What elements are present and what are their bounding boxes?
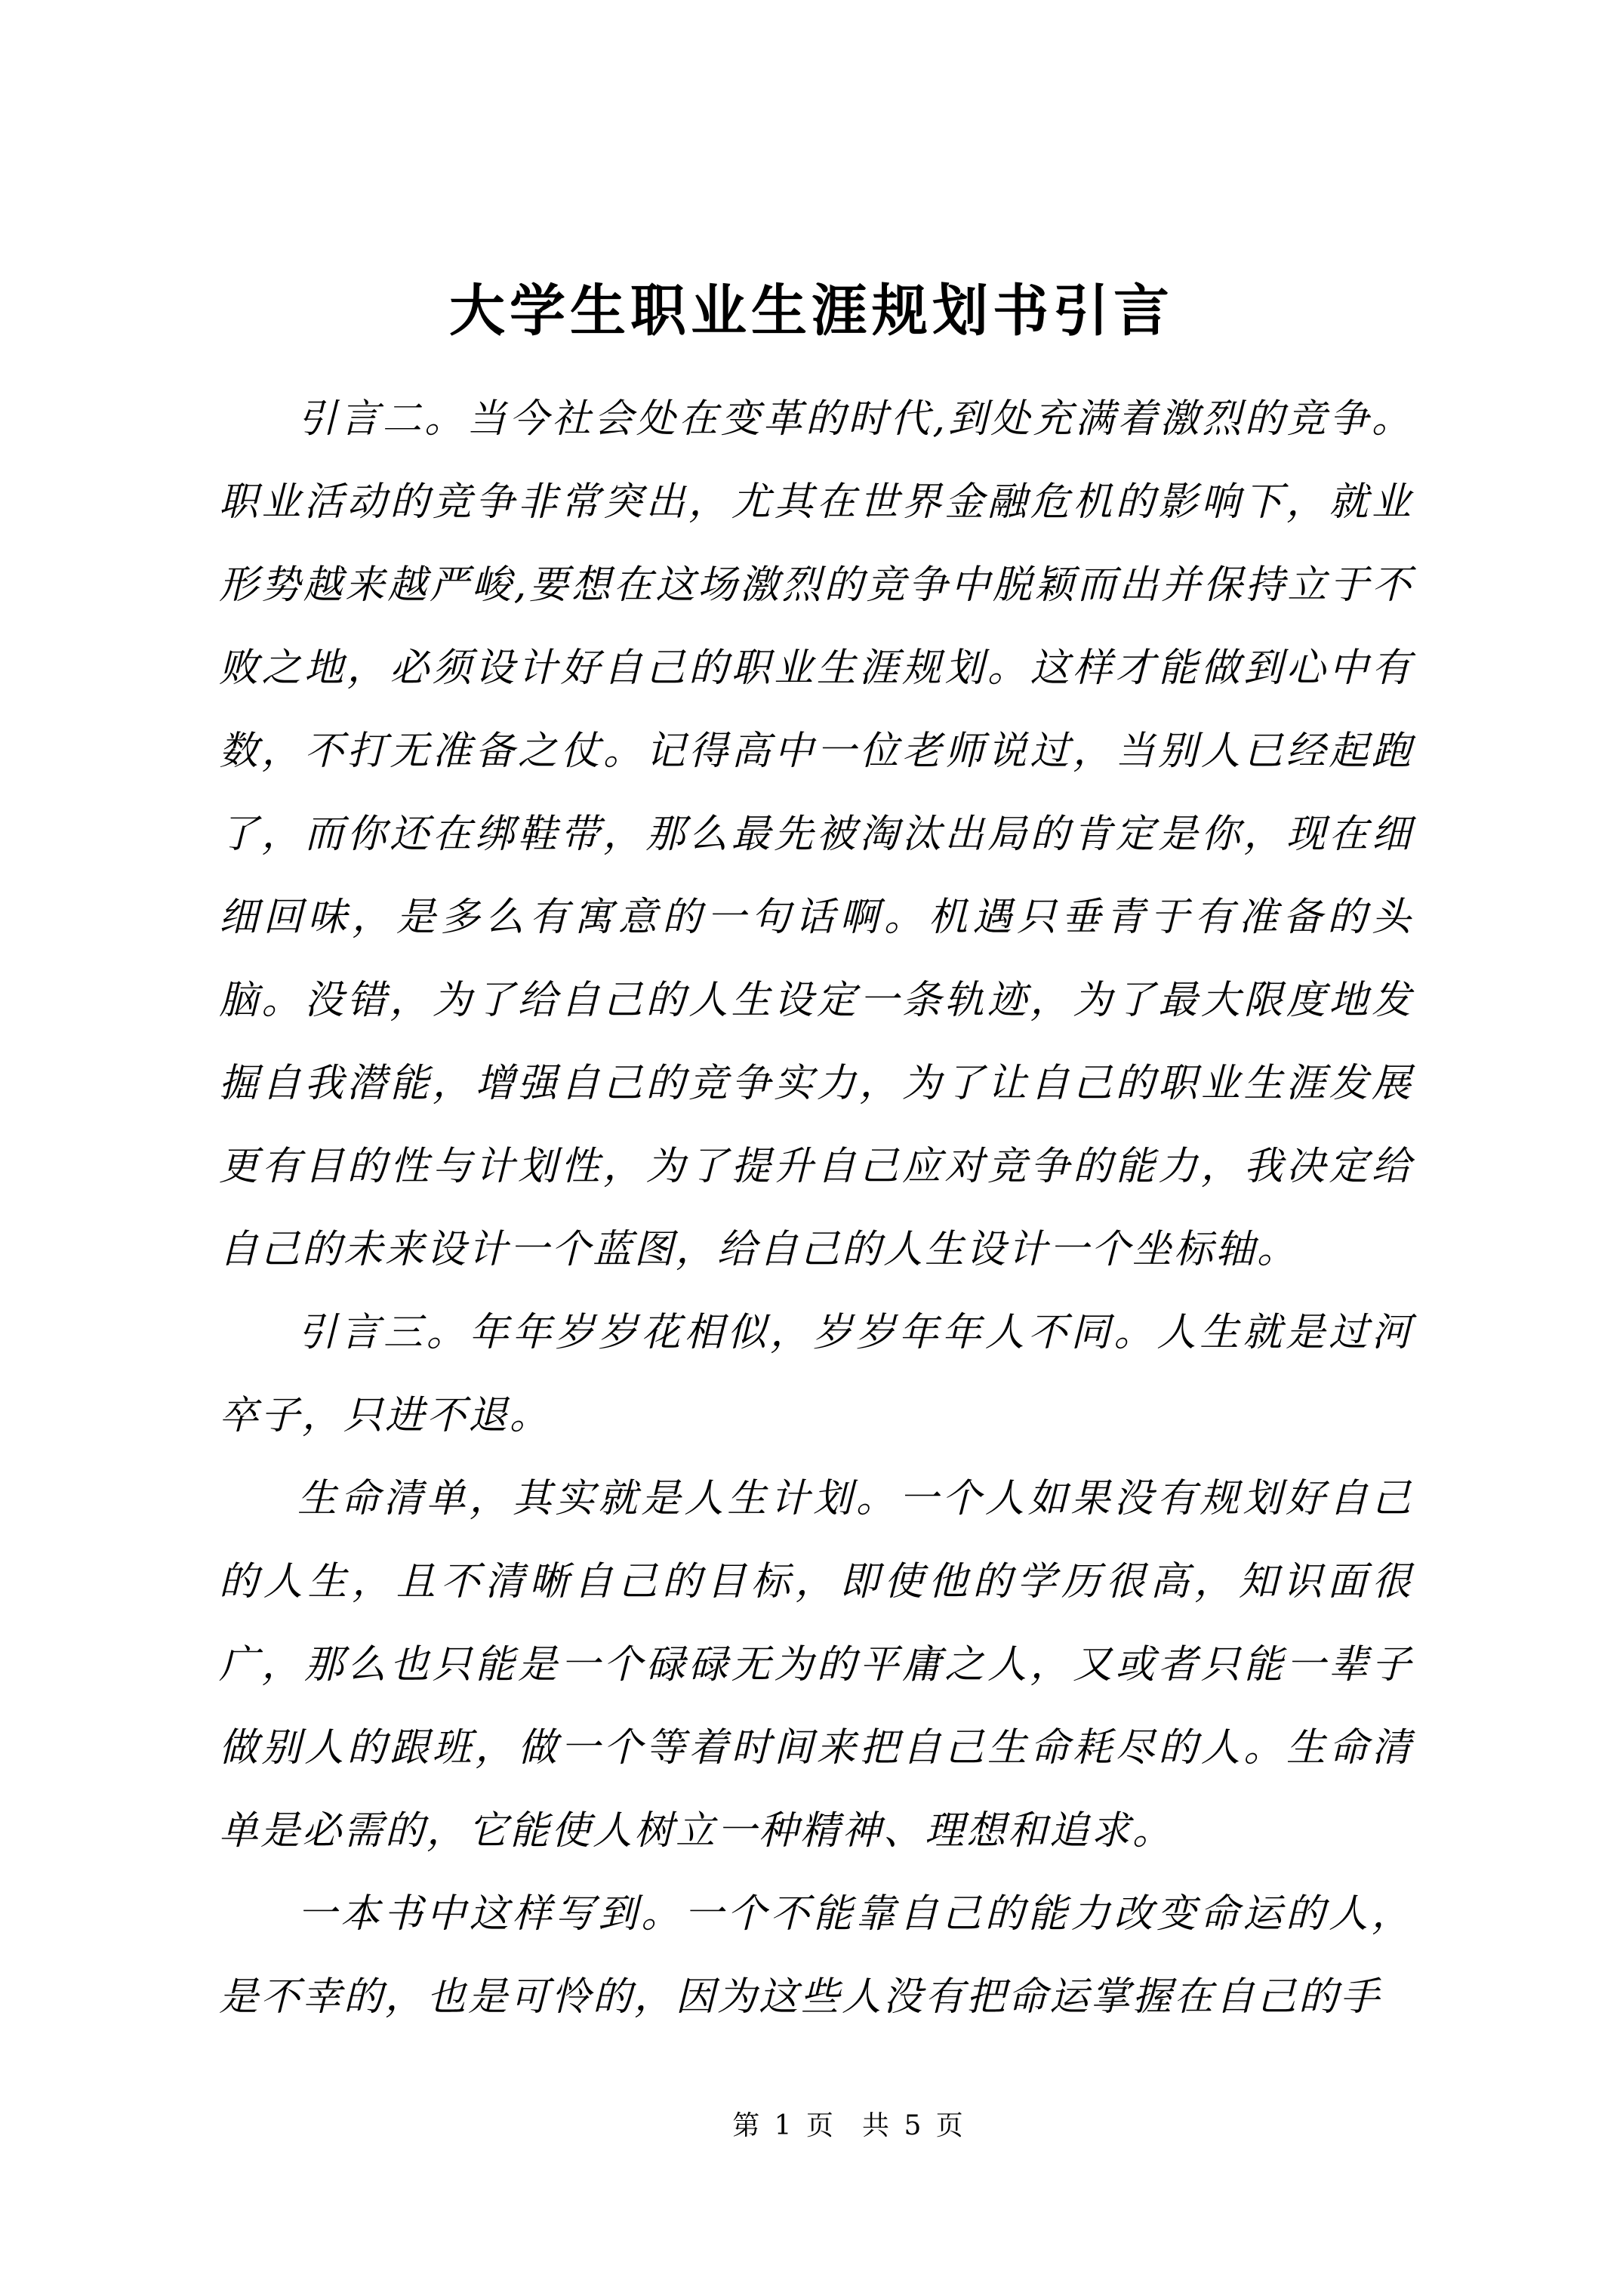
page-number-footer: 第 1 页共 5 页	[0, 2108, 1623, 2144]
document-body: 引言二。当今社会处在变革的时代,到处充满着激烈的竞争。职业活动的竞争非常突出，尤…	[219, 378, 1413, 2039]
body-paragraph: 生命清单，其实就是人生计划。一个人如果没有规划好自己的人生，且不清晰自己的目标，…	[219, 1457, 1413, 1872]
document-page: 大学生职业生涯规划书引言 引言二。当今社会处在变革的时代,到处充满着激烈的竞争。…	[0, 0, 1623, 2296]
document-title: 大学生职业生涯规划书引言	[0, 0, 1623, 349]
total-pages-label: 共 5 页	[862, 2108, 966, 2144]
body-paragraph: 引言三。年年岁岁花相似，岁岁年年人不同。人生就是过河卒子，只进不退。	[219, 1291, 1413, 1457]
current-page-label: 第 1 页	[732, 2108, 836, 2144]
body-paragraph: 引言二。当今社会处在变革的时代,到处充满着激烈的竞争。职业活动的竞争非常突出，尤…	[219, 378, 1413, 1291]
body-paragraph: 一本书中这样写到。一个不能靠自己的能力改变命运的人，是不幸的，也是可怜的，因为这…	[219, 1872, 1413, 2039]
